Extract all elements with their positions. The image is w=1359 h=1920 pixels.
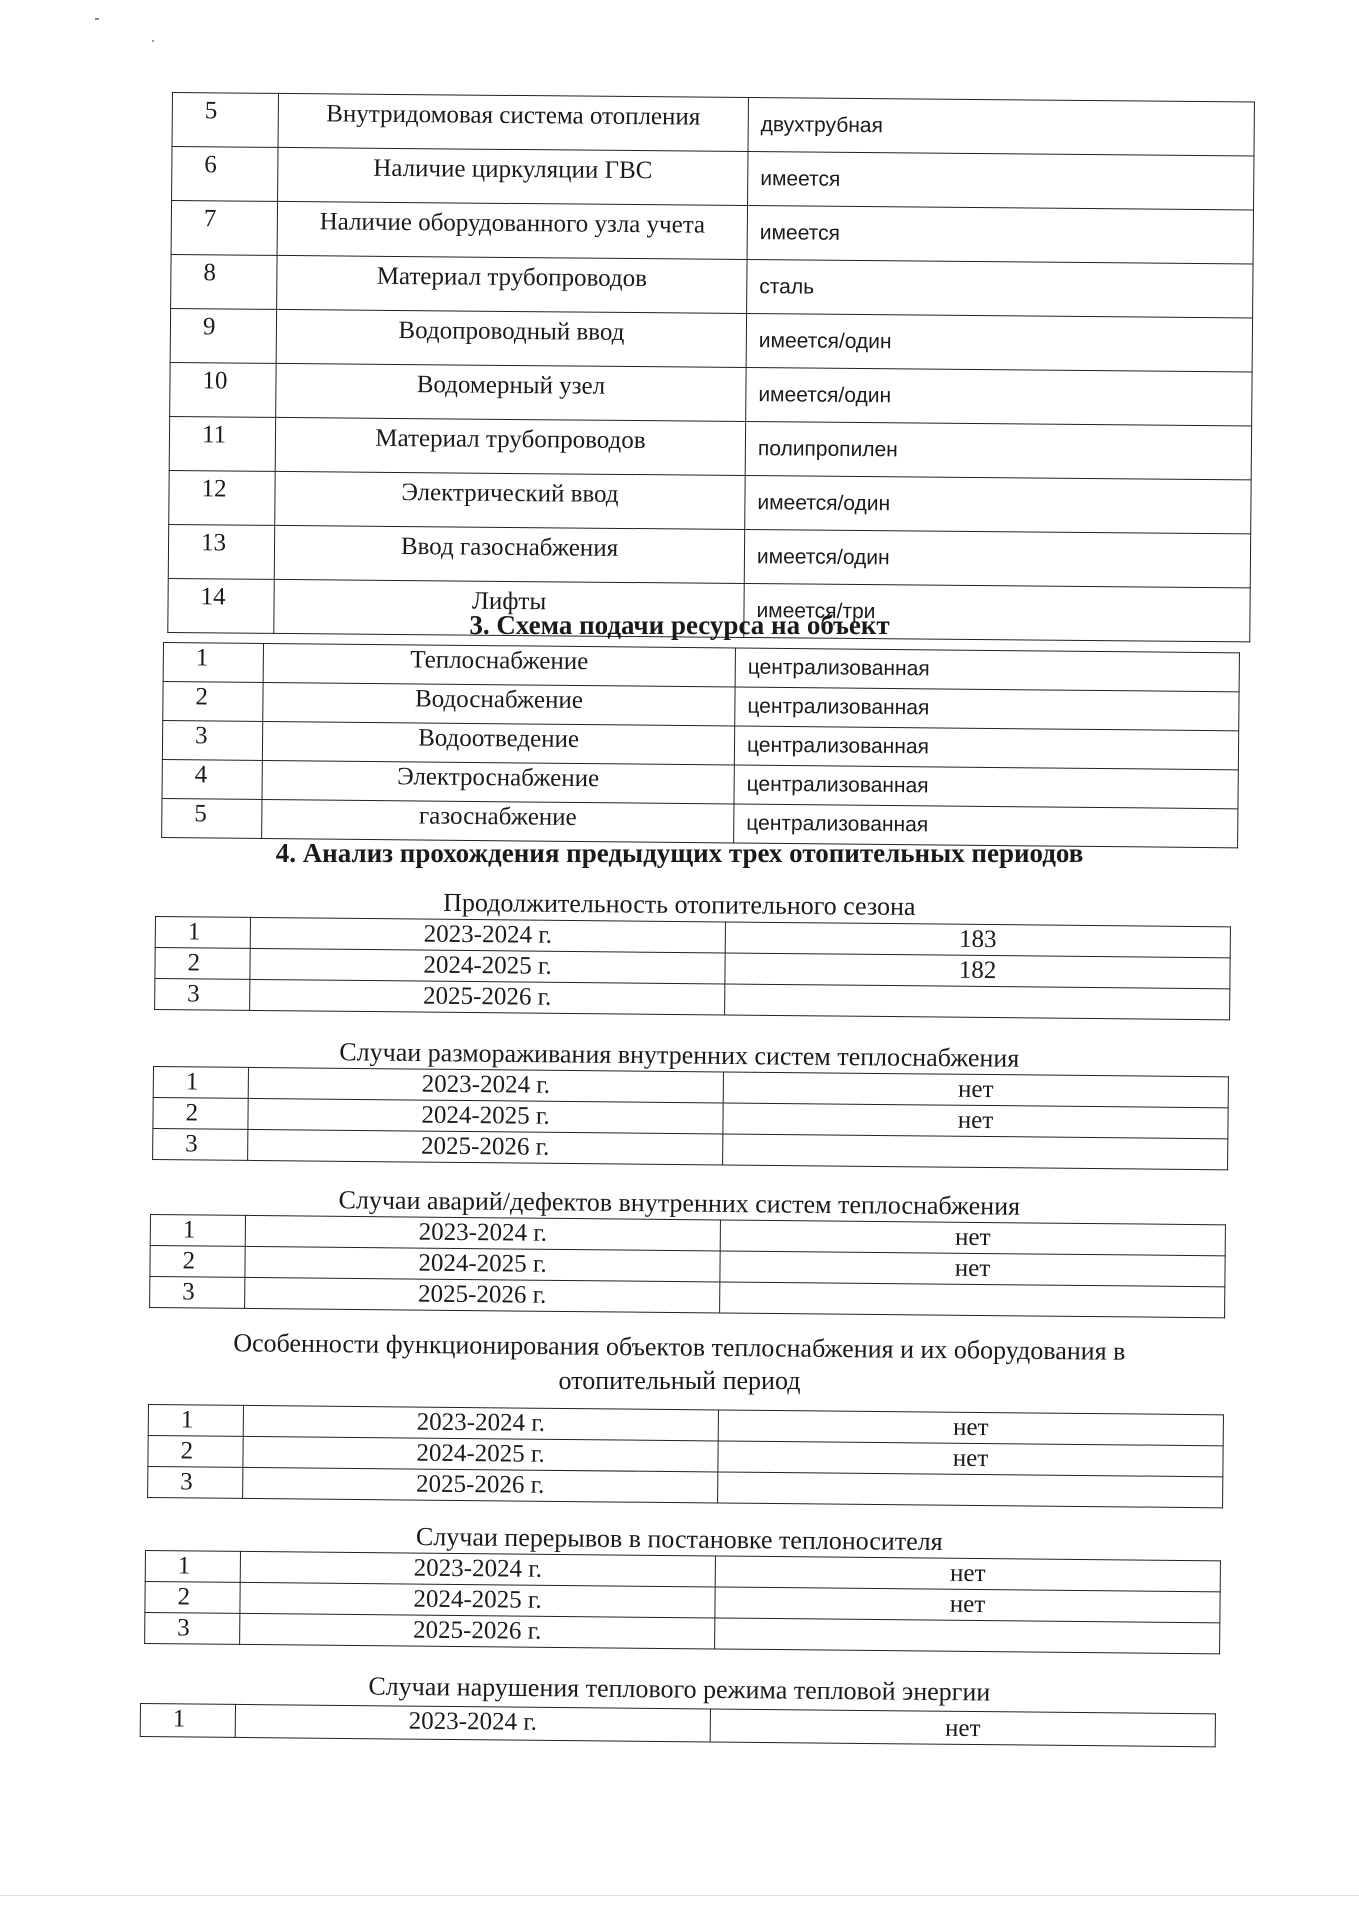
supply-type: централизованная	[735, 687, 1239, 731]
row-number: 13	[168, 524, 274, 579]
section-3-title: 3. Схема подачи ресурса на объект	[0, 610, 1359, 641]
period: 2024-2025 г.	[240, 1582, 715, 1618]
parameter-name: Наличие циркуляции ГВС	[278, 147, 748, 205]
resource-supply-scheme-table: 1Теплоснабжениецентрализованная 2Водосна…	[161, 642, 1240, 848]
period: 2024-2025 г.	[248, 1098, 723, 1134]
period: 2025-2026 г.	[250, 979, 725, 1015]
parameter-name: Внутридомовая система отопления	[278, 93, 748, 151]
parameter-value: двухтрубная	[748, 98, 1254, 156]
value: 183	[725, 922, 1230, 958]
parameter-value: имеется	[747, 206, 1253, 264]
row-number: 1	[155, 917, 250, 949]
row-number: 3	[145, 1613, 240, 1645]
supply-type: централизованная	[735, 648, 1239, 692]
accident-cases-table: 12023-2024 г.нет 22024-2025 г.нет 32025-…	[149, 1214, 1226, 1318]
value	[718, 1472, 1223, 1508]
parameter-value: сталь	[747, 260, 1253, 318]
row-number: 1	[150, 1215, 245, 1247]
resource-name: Водоснабжение	[263, 682, 735, 726]
row-number: 2	[145, 1582, 240, 1614]
row-number: 12	[169, 470, 275, 525]
period: 2025-2026 г.	[240, 1613, 715, 1649]
scan-speck	[95, 18, 99, 20]
value: нет	[718, 1441, 1223, 1477]
scan-edge	[0, 1895, 1359, 1896]
table-row: 7Наличие оборудованного узла учетаимеетс…	[171, 201, 1253, 264]
scanned-document-page: 5Внутридомовая система отоплениядвухтруб…	[0, 0, 1359, 1920]
period: 2023-2024 г.	[243, 1405, 718, 1441]
object-parameters-table: 5Внутридомовая система отоплениядвухтруб…	[167, 92, 1255, 642]
row-number: 7	[171, 201, 277, 256]
resource-name: Электроснабжение	[262, 760, 734, 804]
table-row: 9Водопроводный вводимеется/один	[170, 308, 1252, 371]
period: 2024-2025 г.	[245, 1246, 720, 1282]
value	[723, 1134, 1228, 1170]
table-row: 13Ввод газоснабженияимеется/один	[168, 524, 1250, 587]
parameter-name: Наличие оборудованного узла учета	[277, 201, 747, 259]
value: нет	[710, 1709, 1215, 1747]
row-number: 1	[153, 1067, 248, 1099]
value: нет	[715, 1587, 1220, 1623]
period: 2023-2024 г.	[245, 1215, 720, 1251]
row-number: 3	[155, 979, 250, 1011]
period: 2025-2026 г.	[243, 1467, 718, 1503]
resource-name: газоснабжение	[262, 799, 734, 843]
period: 2023-2024 г.	[250, 917, 725, 953]
period: 2023-2024 г.	[235, 1704, 710, 1742]
resource-name: Водоотведение	[262, 721, 734, 765]
heating-season-duration-table: 12023-2024 г.183 22024-2025 г.182 32025-…	[154, 916, 1231, 1020]
row-number: 11	[169, 416, 275, 471]
table-row: 8Материал трубопроводовсталь	[171, 254, 1253, 317]
value: нет	[720, 1220, 1225, 1256]
scan-speck	[152, 40, 154, 42]
caption-operation-features-line1: Особенности функционирования объектов те…	[0, 1326, 1359, 1369]
parameter-value: имеется/один	[745, 476, 1251, 534]
row-number: 3	[150, 1277, 245, 1309]
freezing-cases-table: 12023-2024 г.нет 22024-2025 г.нет 32025-…	[152, 1066, 1229, 1170]
row-number: 6	[172, 147, 278, 202]
row-number: 3	[153, 1129, 248, 1161]
value: нет	[718, 1410, 1223, 1446]
period: 2024-2025 г.	[250, 948, 725, 984]
row-number: 4	[162, 759, 262, 799]
table-row: 10Водомерный узелимеется/один	[170, 362, 1252, 425]
row-number: 3	[148, 1467, 243, 1499]
parameter-value: имеется	[748, 152, 1254, 210]
table-row: 11Материал трубопроводовполипропилен	[169, 416, 1251, 479]
caption-operation-features-line2: отопительный период	[0, 1366, 1359, 1396]
row-number: 1	[145, 1551, 240, 1583]
row-number: 8	[171, 254, 277, 309]
value: нет	[723, 1103, 1228, 1139]
parameter-name: Ввод газоснабжения	[274, 525, 744, 583]
period: 2025-2026 г.	[248, 1129, 723, 1165]
section-4-title: 4. Анализ прохождения предыдущих трех от…	[0, 838, 1359, 869]
row-number: 1	[140, 1704, 235, 1738]
supply-type: централизованная	[734, 765, 1238, 809]
period: 2023-2024 г.	[248, 1067, 723, 1103]
period: 2024-2025 г.	[243, 1436, 718, 1472]
parameter-name: Материал трубопроводов	[275, 417, 745, 475]
table-row: 5Внутридомовая система отоплениядвухтруб…	[172, 93, 1254, 156]
row-number: 2	[150, 1246, 245, 1278]
row-number: 2	[155, 948, 250, 980]
parameter-value: имеется/один	[746, 368, 1252, 426]
parameter-value: имеется/один	[744, 530, 1250, 588]
supply-type: централизованная	[734, 726, 1238, 770]
value: нет	[715, 1556, 1220, 1592]
value: нет	[720, 1251, 1225, 1287]
value	[715, 1618, 1220, 1654]
row-number: 2	[148, 1436, 243, 1468]
parameter-value: имеется/один	[746, 314, 1252, 372]
row-number: 1	[163, 643, 263, 683]
row-number: 9	[170, 308, 276, 363]
parameter-name: Материал трубопроводов	[277, 255, 747, 313]
parameter-value: полипропилен	[745, 422, 1251, 480]
supply-interruptions-table: 12023-2024 г.нет 22024-2025 г.нет 32025-…	[144, 1550, 1221, 1654]
row-number: 2	[153, 1098, 248, 1130]
table-row: 12023-2024 г.нет	[140, 1704, 1215, 1747]
table-row: 6Наличие циркуляции ГВСимеется	[172, 147, 1254, 210]
parameter-name: Электрический ввод	[275, 471, 745, 529]
value	[725, 984, 1230, 1020]
table-row: 12Электрический вводимеется/один	[169, 470, 1251, 533]
period: 2023-2024 г.	[240, 1551, 715, 1587]
row-number: 2	[163, 682, 263, 722]
row-number: 10	[170, 362, 276, 417]
row-number: 1	[148, 1405, 243, 1437]
row-number: 5	[172, 93, 278, 148]
period: 2025-2026 г.	[245, 1277, 720, 1313]
value: 182	[725, 953, 1230, 989]
row-number: 3	[162, 721, 262, 761]
parameter-name: Водопроводный ввод	[276, 309, 746, 367]
parameter-name: Водомерный узел	[276, 363, 746, 421]
row-number: 5	[162, 798, 262, 838]
value: нет	[723, 1072, 1228, 1108]
value	[720, 1282, 1225, 1318]
operation-features-table: 12023-2024 г.нет 22024-2025 г.нет 32025-…	[147, 1404, 1224, 1508]
resource-name: Теплоснабжение	[263, 643, 735, 687]
thermal-mode-violations-table: 12023-2024 г.нет	[140, 1703, 1216, 1747]
